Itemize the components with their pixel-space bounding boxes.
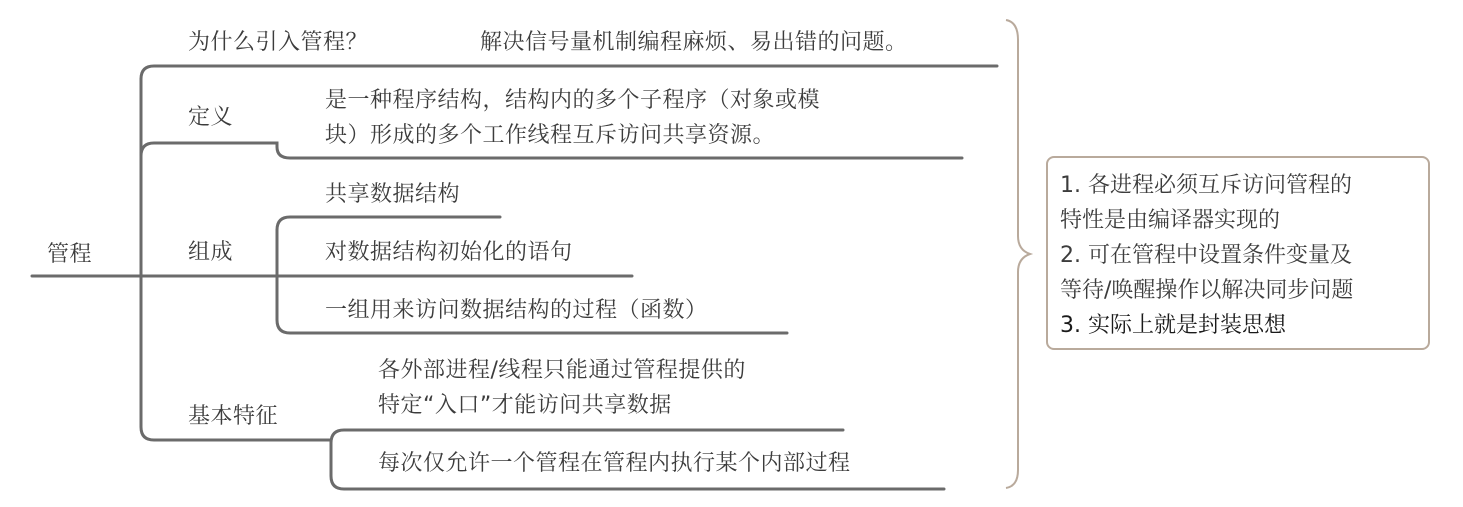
feature-entry-only-line-1[interactable]: 各外部进程/线程只能通过管程提供的: [378, 354, 746, 388]
feature-entry-only-line-2[interactable]: 特定“入口”才能访问共享数据: [378, 389, 672, 423]
branch-why-monitor[interactable]: 为什么引入管程？: [188, 26, 368, 60]
branch-composition[interactable]: 组成: [188, 236, 233, 270]
root-topic[interactable]: 管程: [47, 238, 92, 272]
definition-text-line-1[interactable]: 是一种程序结构，结构内的多个子程序（对象或模: [325, 84, 820, 118]
feature-mutual-exclusion[interactable]: 每次仅允许一个管程在管程内执行某个内部过程: [378, 447, 851, 481]
composition-item-procedures[interactable]: 一组用来访问数据结构的过程（函数）: [325, 294, 708, 328]
summary-line-2: 特性是由编译器实现的: [1060, 203, 1416, 238]
summary-brace: [1006, 20, 1030, 488]
summary-note[interactable]: 1. 各进程必须互斥访问管程的 特性是由编译器实现的 2. 可在管程中设置条件变…: [1046, 156, 1430, 350]
summary-line-4: 等待/唤醒操作以解决同步问题: [1060, 273, 1416, 308]
composition-item-shared-data[interactable]: 共享数据结构: [325, 178, 460, 212]
branch-definition[interactable]: 定义: [188, 101, 233, 135]
composition-item-init-statements[interactable]: 对数据结构初始化的语句: [325, 236, 573, 270]
summary-line-3: 2. 可在管程中设置条件变量及: [1060, 238, 1416, 273]
summary-line-5: 3. 实际上就是封装思想: [1060, 308, 1416, 343]
summary-line-1: 1. 各进程必须互斥访问管程的: [1060, 168, 1416, 203]
features-connector: [331, 430, 843, 443]
main-trunk: [141, 66, 997, 79]
why-monitor-answer[interactable]: 解决信号量机制编程麻烦、易出错的问题。: [480, 26, 908, 60]
branch-basic-features[interactable]: 基本特征: [188, 400, 278, 434]
definition-text-line-2[interactable]: 块）形成的多个工作线程互斥访问共享资源。: [325, 119, 775, 153]
